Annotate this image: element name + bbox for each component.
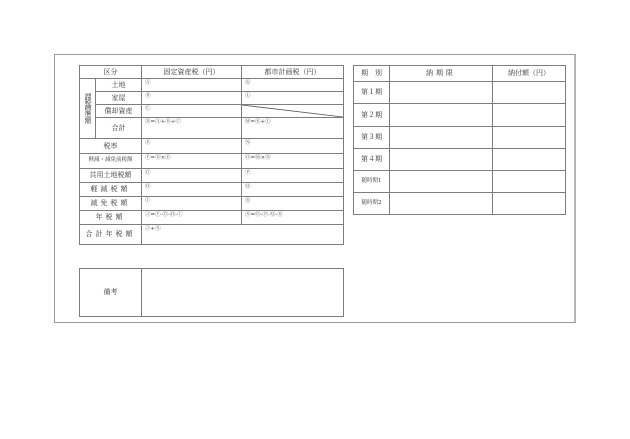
amount-3	[493, 127, 566, 149]
row-label-total: 合計	[96, 118, 142, 139]
remarks-table: 備考	[79, 268, 344, 317]
amount-extra-1	[493, 171, 566, 193]
fixed-total-value: Ⓓ=Ⓐ+Ⓑ+Ⓒ	[142, 118, 242, 139]
header-period: 期 別	[354, 66, 390, 82]
fixed-exemption-value: Ⓘ	[142, 197, 242, 211]
city-exemption-value: Ⓡ	[242, 197, 344, 211]
fixed-land-value: Ⓐ	[142, 79, 242, 92]
row-label-exemption-tax: 減免税額	[80, 197, 142, 211]
fixed-tax-rate-value: Ⓔ	[142, 139, 242, 154]
header-category: 区分	[80, 66, 142, 79]
remarks-content	[142, 269, 344, 317]
city-house-value: Ⓛ	[242, 92, 344, 105]
fixed-annual-tax-value: Ⓙ=Ⓕ-Ⓖ-Ⓗ-Ⓘ	[142, 211, 242, 225]
period-label-2: 第２期	[354, 104, 390, 127]
header-fixed-asset-tax: 固定資産税（円）	[142, 66, 242, 79]
city-total-value: Ⓜ=Ⓚ+Ⓛ	[242, 118, 344, 139]
header-due-date: 納期限	[390, 66, 493, 82]
row-label-shared-land-tax: 共用土地税額	[80, 169, 142, 183]
period-label-4: 第４期	[354, 149, 390, 171]
city-annual-tax-value: Ⓢ=Ⓞ-Ⓟ-Ⓠ-Ⓡ	[242, 211, 344, 225]
due-date-extra-1	[390, 171, 493, 193]
fixed-reduction-value: Ⓗ	[142, 183, 242, 197]
header-city-planning-tax: 都市計画税（円）	[242, 66, 344, 79]
fixed-shared-land-value: Ⓖ	[142, 169, 242, 183]
period-label-extra-1: 随時期1	[354, 171, 390, 193]
period-label-extra-2: 随時期2	[354, 193, 390, 215]
total-annual-tax-value: Ⓙ+Ⓢ	[142, 225, 344, 245]
due-date-4	[390, 149, 493, 171]
due-date-1	[390, 82, 493, 104]
fixed-pre-reduction-value: Ⓕ=Ⓓ×Ⓔ	[142, 154, 242, 169]
amount-2	[493, 104, 566, 127]
city-land-value: Ⓚ	[242, 79, 344, 92]
period-label-1: 第１期	[354, 82, 390, 104]
payment-schedule-table: 期 別 納期限 納付額（円） 第１期 第２期 第３期 第４期 随時期1 随時期2	[353, 65, 566, 215]
row-label-total-annual-tax: 合計年税額	[80, 225, 142, 245]
due-date-extra-2	[390, 193, 493, 215]
row-label-annual-tax: 年税額	[80, 211, 142, 225]
amount-4	[493, 149, 566, 171]
city-tax-rate-value: Ⓝ	[242, 139, 344, 154]
row-label-tax-rate: 税率	[80, 139, 142, 154]
due-date-2	[390, 104, 493, 127]
row-label-depreciable-assets: 償却資産	[96, 105, 142, 118]
row-label-reduction-tax: 軽減税額	[80, 183, 142, 197]
tax-base-group-label: 課税標準額	[80, 79, 96, 139]
tax-calculation-table: 区分 固定資産税（円） 都市計画税（円） 課税標準額 土地 Ⓐ Ⓚ 家屋 Ⓑ Ⓛ…	[79, 65, 344, 245]
diagonal-strike-line	[242, 105, 343, 117]
city-depreciable-na-cell	[242, 105, 344, 118]
row-label-land: 土地	[96, 79, 142, 92]
city-pre-reduction-value: Ⓞ=Ⓜ×Ⓝ	[242, 154, 344, 169]
city-reduction-value: Ⓠ	[242, 183, 344, 197]
row-label-house: 家屋	[96, 92, 142, 105]
amount-1	[493, 82, 566, 104]
header-amount: 納付額（円）	[493, 66, 566, 82]
fixed-depreciable-value: Ⓒ	[142, 105, 242, 118]
remarks-label: 備考	[80, 269, 142, 317]
fixed-house-value: Ⓑ	[142, 92, 242, 105]
period-label-3: 第３期	[354, 127, 390, 149]
due-date-3	[390, 127, 493, 149]
amount-extra-2	[493, 193, 566, 215]
row-label-pre-reduction-tax: 軽減・減免前税額	[80, 154, 142, 169]
city-shared-land-value: Ⓟ	[242, 169, 344, 183]
